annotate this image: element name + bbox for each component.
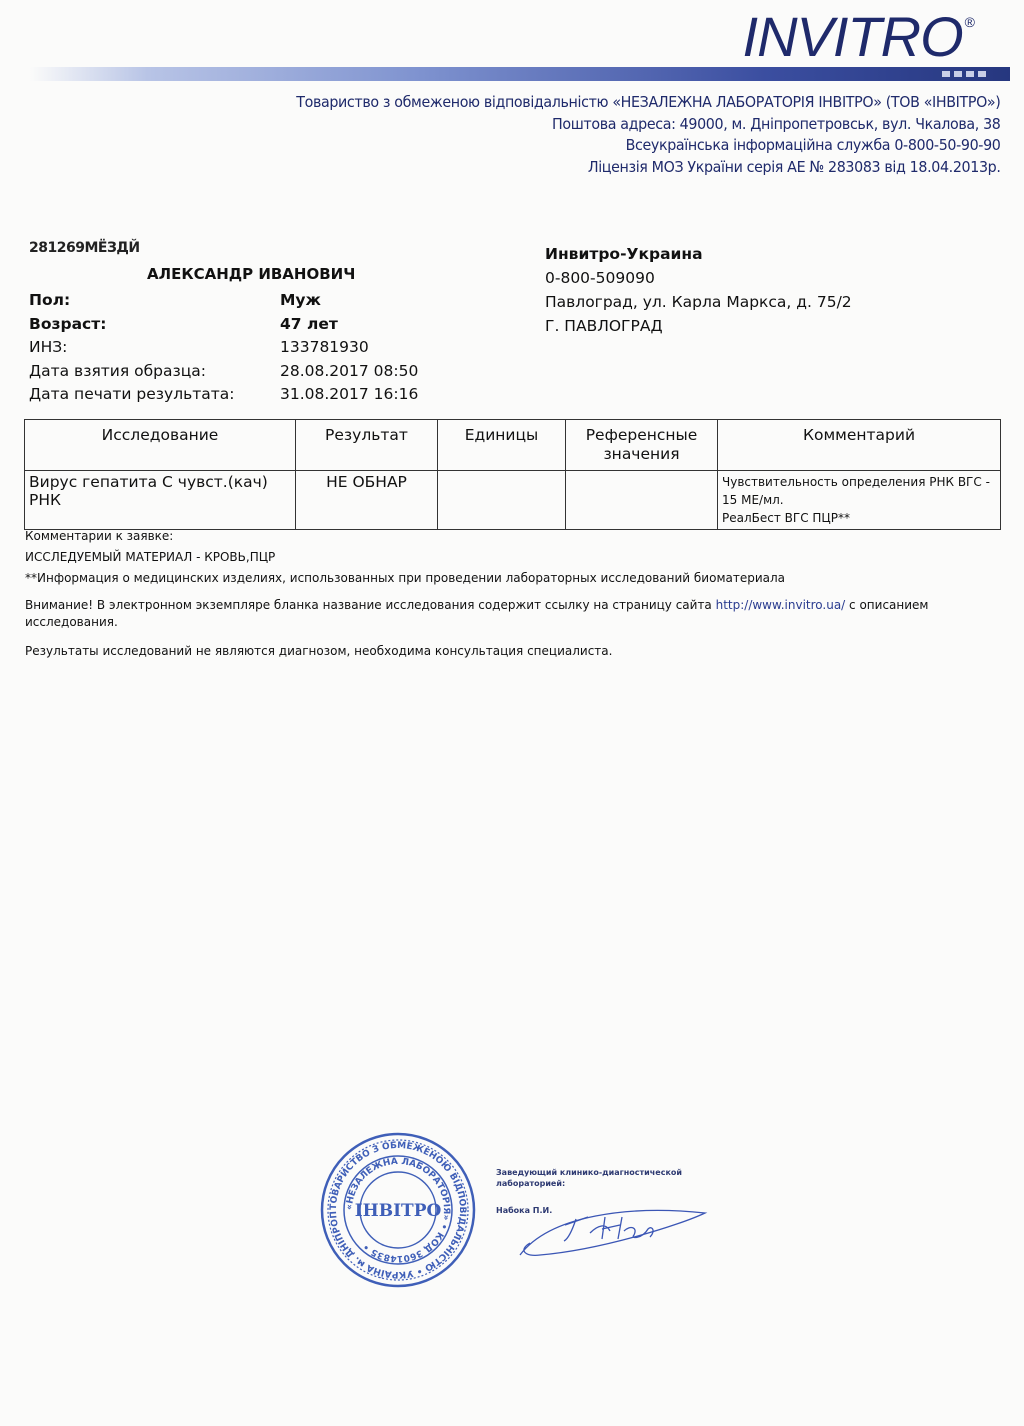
- field-inz: ИНЗ: 133781930: [29, 338, 469, 362]
- website-link[interactable]: http://www.invitro.ua/: [716, 598, 846, 612]
- patient-id: 281269МЁЗДЙ: [29, 240, 140, 256]
- cell-units: [438, 471, 566, 530]
- brand-bar: [30, 67, 1010, 81]
- header-result: Результат: [296, 420, 438, 471]
- field-sex: Пол: Муж: [29, 291, 469, 315]
- registered-mark: ®: [965, 14, 974, 30]
- table-header-row: Исследование Результат Единицы Референсн…: [25, 420, 1001, 471]
- field-label: Дата печати результата:: [29, 385, 280, 409]
- field-value: 31.08.2017 16:16: [280, 385, 418, 409]
- order-comments-label: Комментарии к заявке:: [25, 528, 985, 545]
- field-label: Дата взятия образца:: [29, 362, 280, 386]
- company-address: Поштова адреса: 49000, м. Дніпропетровсь…: [296, 114, 1000, 136]
- attention-text: Внимание! В электронном экземпляре бланк…: [25, 598, 716, 612]
- field-sample-date: Дата взятия образца: 28.08.2017 08:50: [29, 362, 469, 386]
- signature-title-line: лабораторией:: [496, 1178, 682, 1189]
- company-name: Товариство з обмеженою відповідальністю …: [296, 92, 1000, 114]
- lab-name: Инвитро-Украина: [545, 242, 852, 266]
- field-value: 47 лет: [280, 315, 338, 339]
- header-comment: Комментарий: [718, 420, 1001, 471]
- comment-line: Чувствительность определения РНК ВГС -: [722, 473, 996, 491]
- lab-phone: 0-800-509090: [545, 266, 852, 290]
- signature-title: Заведующий клинико-диагностической лабор…: [496, 1167, 682, 1189]
- invitro-logo: INVITRO®: [743, 4, 974, 69]
- field-value: 133781930: [280, 338, 369, 362]
- comment-line: 15 МЕ/мл.: [722, 491, 996, 509]
- lab-info: Инвитро-Украина 0-800-509090 Павлоград, …: [545, 242, 852, 338]
- cell-comment: Чувствительность определения РНК ВГС - 1…: [718, 471, 1001, 530]
- notes-section: Комментарии к заявке: ИССЛЕДУЕМЫЙ МАТЕРИ…: [25, 528, 985, 660]
- company-info: Товариство з обмеженою відповідальністю …: [296, 92, 1000, 178]
- field-label: ИНЗ:: [29, 338, 280, 362]
- field-label: Пол:: [29, 291, 280, 315]
- field-age: Возраст: 47 лет: [29, 315, 469, 339]
- field-print-date: Дата печати результата: 31.08.2017 16:16: [29, 385, 469, 409]
- stamp-icon: ТОВАРИСТВО З ОБМЕЖЕНОЮ ВІДПОВІДАЛЬНІСТЮ …: [318, 1130, 478, 1290]
- lab-stamp: ТОВАРИСТВО З ОБМЕЖЕНОЮ ВІДПОВІДАЛЬНІСТЮ …: [318, 1130, 478, 1290]
- header-units: Единицы: [438, 420, 566, 471]
- cell-result: НЕ ОБНАР: [296, 471, 438, 530]
- cell-reference: [566, 471, 718, 530]
- handwritten-signature: [510, 1195, 720, 1269]
- footnote: **Информация о медицинских изделиях, исп…: [25, 570, 985, 587]
- disclaimer: Результаты исследований не являются диаг…: [25, 643, 985, 660]
- field-value: 28.08.2017 08:50: [280, 362, 418, 386]
- table-row: Вирус гепатита С чувст.(кач) РНК НЕ ОБНА…: [25, 471, 1001, 530]
- signature-title-line: Заведующий клинико-диагностической: [496, 1167, 682, 1178]
- header-test: Исследование: [25, 420, 296, 471]
- comment-line: РеалБест ВГС ПЦР**: [722, 509, 996, 527]
- logo-text: INVITRO: [743, 5, 963, 68]
- header-reference: Референсные значения: [566, 420, 718, 471]
- lab-address: Павлоград, ул. Карла Маркса, д. 75/2: [545, 290, 852, 314]
- lab-city: Г. ПАВЛОГРАД: [545, 314, 852, 338]
- material-note: ИССЛЕДУЕМЫЙ МАТЕРИАЛ - КРОВЬ,ПЦР: [25, 549, 985, 566]
- signature-icon: [510, 1195, 720, 1265]
- attention-note: Внимание! В электронном экземпляре бланк…: [25, 597, 985, 631]
- patient-name: АЛЕКСАНДР ИВАНОВИЧ: [147, 265, 355, 283]
- brand-squares-decoration: [942, 71, 986, 77]
- patient-info: 281269МЁЗДЙ АЛЕКСАНДР ИВАНОВИЧ Пол: Муж …: [29, 240, 140, 256]
- cell-test[interactable]: Вирус гепатита С чувст.(кач) РНК: [25, 471, 296, 530]
- field-label: Возраст:: [29, 315, 280, 339]
- results-table: Исследование Результат Единицы Референсн…: [24, 419, 1001, 530]
- company-license: Ліцензія МОЗ України серія АЕ № 283083 в…: [296, 157, 1000, 179]
- field-value: Муж: [280, 291, 321, 315]
- patient-fields: Пол: Муж Возраст: 47 лет ИНЗ: 133781930 …: [29, 291, 469, 409]
- svg-text:ІНВІТРО: ІНВІТРО: [355, 1201, 442, 1221]
- company-hotline: Всеукраїнська інформаційна служба 0-800-…: [296, 135, 1000, 157]
